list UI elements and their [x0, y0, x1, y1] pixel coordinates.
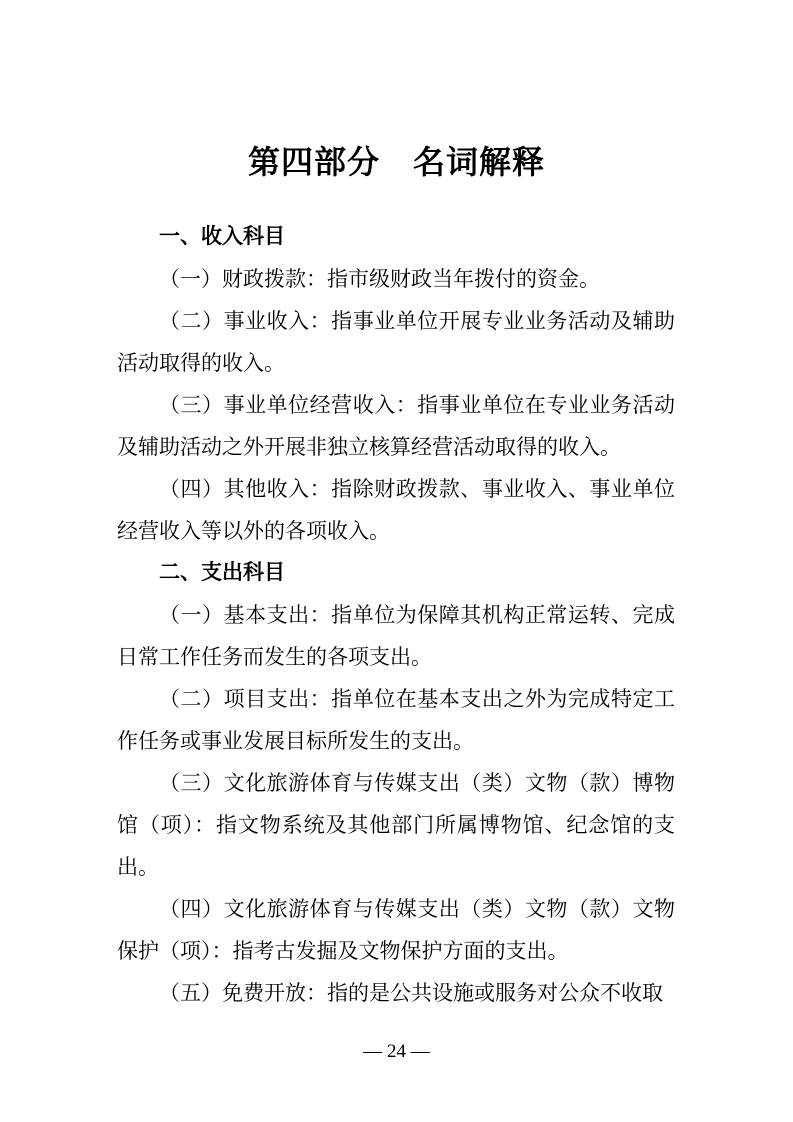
page-number: — 24 — — [0, 1040, 793, 1064]
paragraph-income-1: （一）财政拨款：指市级财政当年拨付的资金。 — [117, 258, 675, 300]
document-body: 一、收入科目 （一）财政拨款：指市级财政当年拨付的资金。 （二）事业收入：指事业… — [117, 216, 675, 1014]
paragraph-expenditure-3: （三）文化旅游体育与传媒支出（类）文物（款）博物馆（项）：指文物系统及其他部门所… — [117, 762, 675, 888]
paragraph-expenditure-4: （四）文化旅游体育与传媒支出（类）文物（款）文物保护（项）：指考古发掘及文物保护… — [117, 888, 675, 972]
paragraph-income-2: （二）事业收入：指事业单位开展专业业务活动及辅助活动取得的收入。 — [117, 300, 675, 384]
paragraph-expenditure-1: （一）基本支出：指单位为保障其机构正常运转、完成日常工作任务而发生的各项支出。 — [117, 594, 675, 678]
paragraph-income-4: （四）其他收入：指除财政拨款、事业收入、事业单位经营收入等以外的各项收入。 — [117, 468, 675, 552]
document-page: 第四部分 名词解释 一、收入科目 （一）财政拨款：指市级财政当年拨付的资金。 （… — [0, 0, 793, 1122]
section-heading-income: 一、收入科目 — [117, 216, 675, 258]
paragraph-expenditure-5-truncated: （五）免费开放：指的是公共设施或服务对公众不收取 — [117, 972, 675, 1014]
page-title: 第四部分 名词解释 — [0, 0, 793, 184]
paragraph-income-3: （三）事业单位经营收入：指事业单位在专业业务活动及辅助活动之外开展非独立核算经营… — [117, 384, 675, 468]
paragraph-expenditure-2: （二）项目支出：指单位在基本支出之外为完成特定工作任务或事业发展目标所发生的支出… — [117, 678, 675, 762]
section-heading-expenditure: 二、支出科目 — [117, 552, 675, 594]
